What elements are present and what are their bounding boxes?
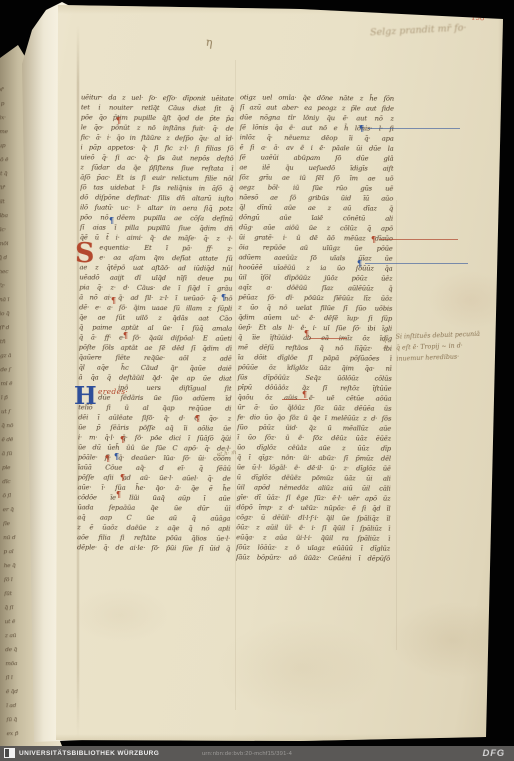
red-paraph-mark: ¶ bbox=[302, 390, 307, 398]
red-paraph-mark: ¶ bbox=[111, 296, 116, 304]
blue-tie-line bbox=[365, 263, 468, 264]
urn-identifier: urn:nbn:de:bvb:20-mchf15/391-4 bbox=[0, 751, 504, 757]
red-paraph-mark: ¶ bbox=[120, 473, 125, 481]
red-paraph-mark: ¶ bbox=[304, 329, 309, 337]
blue-paraph-mark: ¶ bbox=[221, 293, 226, 301]
dfg-logo: DFG bbox=[483, 748, 505, 759]
red-tie-line bbox=[379, 239, 458, 240]
red-paraph-mark: ¶ bbox=[116, 116, 121, 124]
red-tie-line bbox=[282, 399, 308, 400]
blue-paraph-mark: ¶ bbox=[109, 216, 114, 224]
manuscript-scan-viewer: tor̄q̄ pdix·ameſupnō ēet q̄dir̄ūltp̄baſi… bbox=[0, 0, 514, 761]
blue-paraph-mark: ¶ bbox=[359, 124, 364, 132]
rubrication-layer: ¶¶¶¶¶¶¶¶¶¶¶¶¶¶¶¶••• bbox=[0, 0, 514, 746]
blue-tie-line bbox=[368, 128, 460, 129]
viewer-footer-bar: UNIVERSITÄTSBIBLIOTHEK WÜRZBURG urn:nbn:… bbox=[0, 746, 514, 761]
red-paraph-mark: ¶ bbox=[120, 435, 125, 443]
red-tie-line bbox=[309, 338, 347, 339]
blue-paraph-mark: ¶ bbox=[357, 259, 362, 267]
manuscript-page: 198 Selgz prandit mr̄ fo· η uēitur· da z… bbox=[0, 0, 514, 746]
red-paraph-mark: ¶ bbox=[195, 414, 200, 422]
red-paraph-mark: ¶ bbox=[116, 490, 121, 498]
blue-paraph-mark: ¶ bbox=[114, 452, 119, 460]
red-paraph-mark: ¶ bbox=[105, 454, 110, 462]
red-paraph-mark: ¶ bbox=[123, 331, 128, 339]
red-paraph-mark: ¶ bbox=[371, 235, 376, 243]
